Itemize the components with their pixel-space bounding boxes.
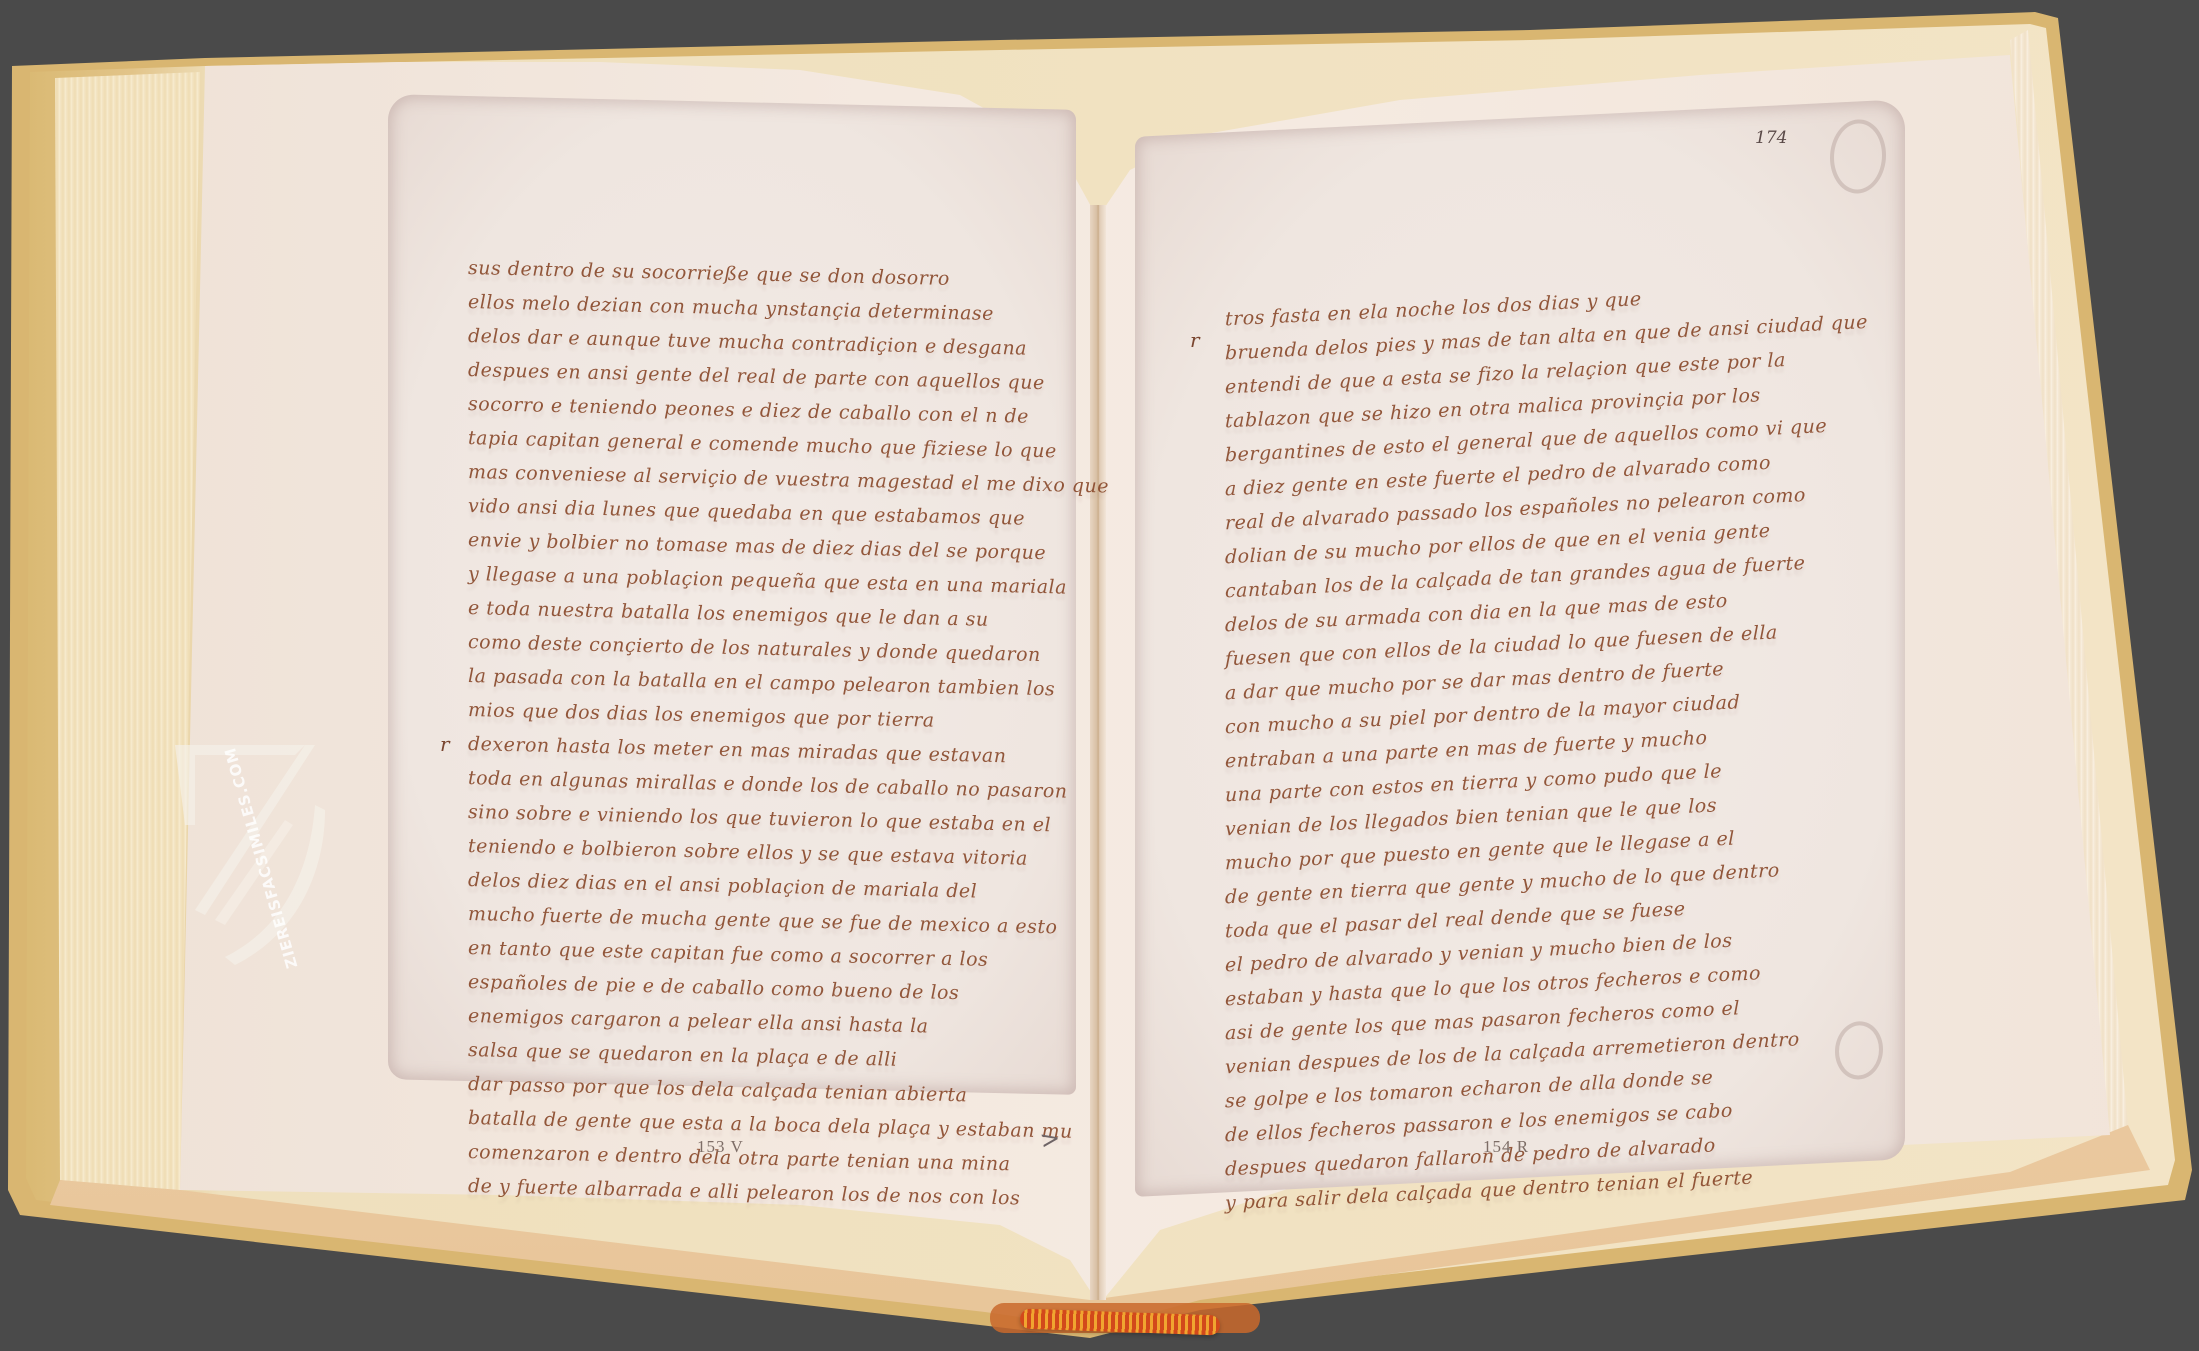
left-margin-mark: r [440,732,450,756]
handwritten-folio-number: 174 [1755,128,1787,148]
book-photo: sus dentro de su socorrieße que se don d… [0,0,2199,1351]
right-page-label: 154 R [1483,1137,1529,1157]
right-manuscript-facsimile: tros fasta en ela noche los dos dias y q… [1135,99,1905,1197]
right-margin-mark: r [1190,328,1200,352]
paper-stain [1830,118,1886,195]
right-manuscript-text: tros fasta en ela noche los dos dias y q… [1225,271,1868,1220]
left-page-label: 153 V [697,1137,744,1157]
paper-stain [1835,1020,1883,1080]
left-manuscript-facsimile: sus dentro de su socorrieße que se don d… [388,94,1076,1095]
left-manuscript-text: sus dentro de su socorrieße que se don d… [468,251,1109,1218]
